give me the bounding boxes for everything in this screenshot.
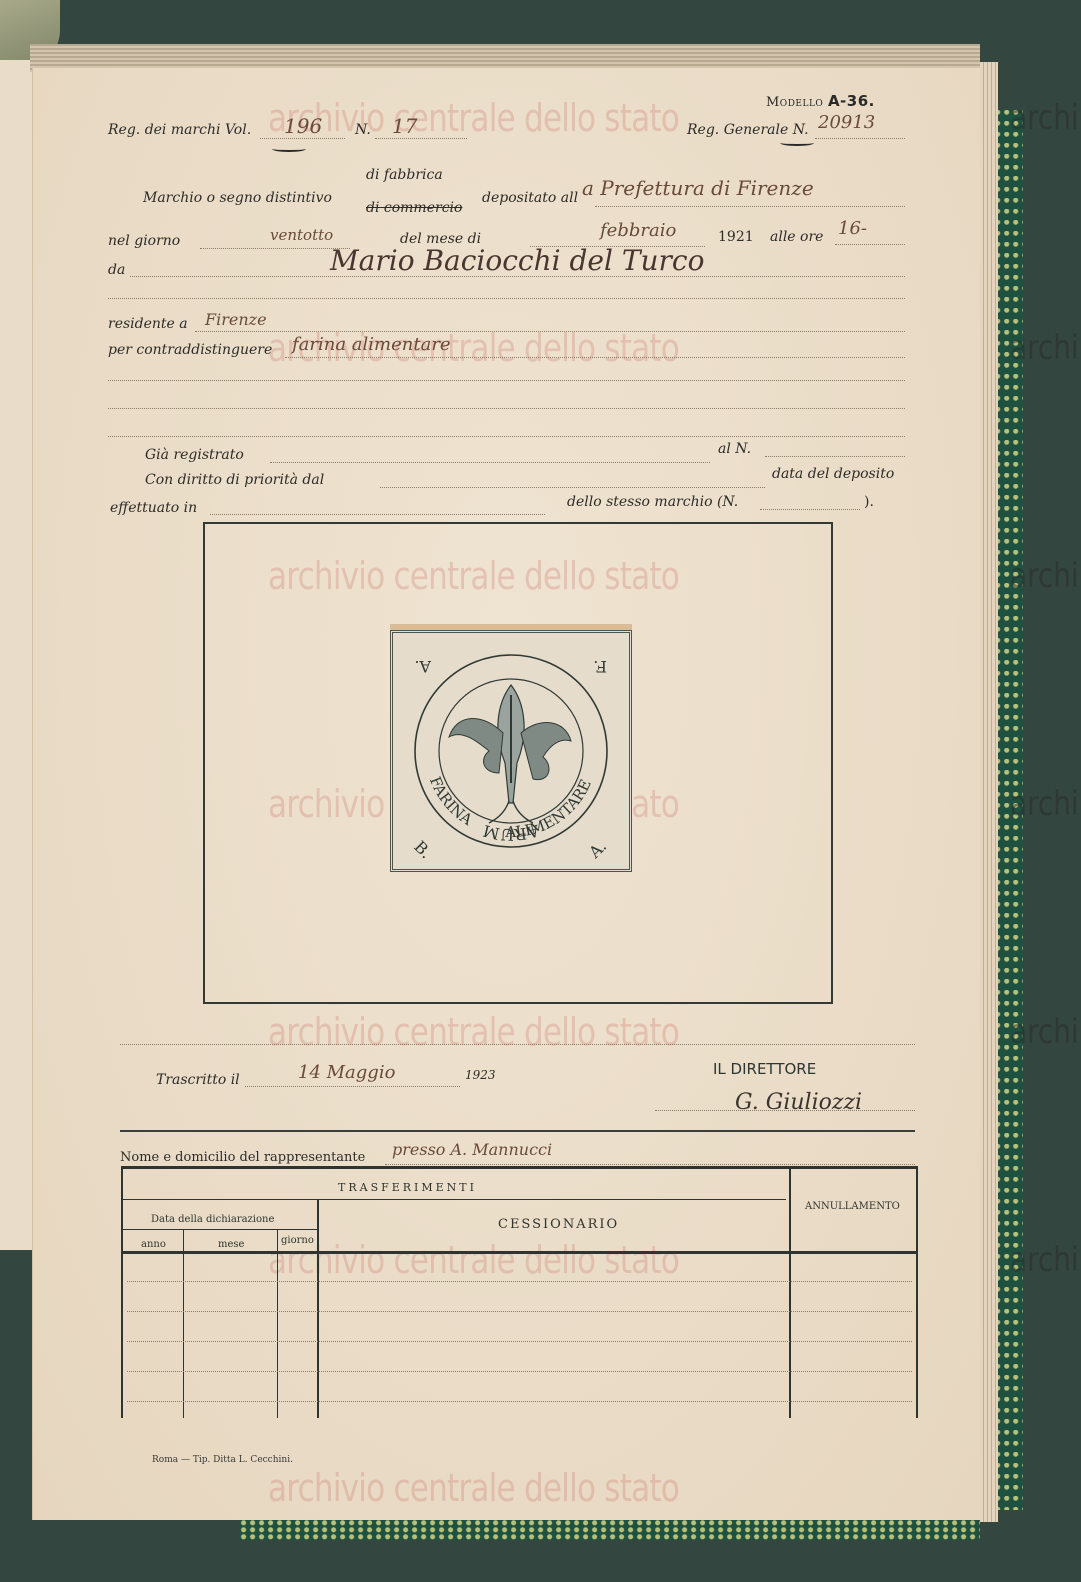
gia-registrato-label: Già registrato (145, 447, 244, 463)
representative-value: presso A. Mannucci (392, 1140, 552, 1159)
representative-line (385, 1164, 915, 1165)
table-title: TRASFERIMENTI (338, 1181, 477, 1194)
ore-line (835, 244, 905, 245)
vol-value: 196 (284, 114, 322, 138)
priorita-label: Con diritto di priorità dal (145, 472, 324, 488)
stesso-marchio-line (760, 509, 860, 510)
modello-code: A-36. (828, 92, 875, 110)
type-fabbrica: di fabbrica (366, 167, 443, 183)
stesso-marchio-label: dello stesso marchio (N. (567, 494, 738, 510)
reg-generale-line (815, 138, 905, 139)
trascritto-label: Trascritto il (156, 1072, 240, 1088)
svg-text:A.: A. (584, 837, 610, 863)
table-row (127, 1371, 912, 1372)
col-divider (789, 1169, 791, 1418)
residente-value: Firenze (205, 310, 267, 329)
table-row (127, 1311, 912, 1312)
reg-marchi-label: Reg. dei marchi Vol. (108, 122, 251, 138)
col-divider (183, 1229, 184, 1418)
rule (123, 1229, 317, 1230)
col-cessionario: CESSIONARIO (498, 1217, 619, 1232)
blank-line (108, 380, 905, 381)
watermark-side: archi (1010, 1012, 1079, 1052)
header-rule (123, 1251, 916, 1254)
rule (123, 1199, 786, 1200)
marbled-board-bottom (240, 1520, 980, 1540)
col-mese: mese (218, 1239, 244, 1250)
trascritto-line (245, 1086, 460, 1087)
transfers-table: TRASFERIMENTI Data della dichiarazione a… (121, 1166, 918, 1418)
trascritto-value: 14 Maggio (298, 1062, 395, 1083)
blank-line (108, 298, 905, 299)
trascritto-year: 1923 (465, 1068, 496, 1082)
al-n-label: al N. (718, 441, 751, 457)
residente-label: residente a (108, 316, 188, 332)
contraddistinguere-line (285, 357, 905, 358)
n-line (375, 138, 467, 139)
ore-value: 16- (838, 218, 867, 239)
depositato-line (595, 206, 905, 207)
col-annullamento: ANNULLAMENTO (805, 1201, 900, 1212)
table-row (127, 1341, 912, 1342)
blank-line (108, 408, 905, 409)
contraddistinguere-value: farina alimentare (292, 334, 451, 355)
effettuato-line (210, 514, 545, 515)
gia-registrato-line (270, 462, 710, 463)
data-deposito-label: data del deposito (772, 466, 894, 482)
svg-text:FARINA: FARINA (426, 774, 476, 829)
da-label: da (108, 262, 125, 278)
effettuato-label: effettuato in (110, 500, 197, 516)
giorno-line (200, 248, 350, 249)
swash (272, 146, 306, 152)
watermark-side: archi (1010, 784, 1079, 824)
anno-value: 1921 (718, 229, 754, 245)
trademark-label: ARUM FARINA ALIMENTARE A. F. B. A. (390, 630, 632, 872)
svg-text:A.: A. (414, 657, 432, 676)
priorita-line (380, 487, 765, 488)
contraddistinguere-label: per contraddistinguere (108, 342, 272, 358)
previous-page-edge (0, 60, 34, 1250)
table-row (127, 1281, 912, 1282)
swash (780, 140, 814, 146)
giorno-value: ventotto (270, 226, 333, 244)
mese-value: febbraio (600, 220, 676, 241)
modello-label: Modello A-36. (766, 92, 875, 110)
svg-text:ALIMENTARE: ALIMENTARE (504, 776, 595, 841)
table-row (127, 1401, 912, 1402)
depositato-label: depositato all (482, 190, 578, 206)
direttore-label: IL DIRETTORE (713, 1060, 816, 1078)
n-label: N. (355, 122, 371, 138)
watermark-side: archi (1010, 1240, 1079, 1280)
blank-line (108, 436, 905, 437)
n-value: 17 (392, 114, 417, 138)
arum-lily-icon: ARUM FARINA ALIMENTARE A. F. B. A. (393, 633, 629, 869)
type-commercio: di commercio (366, 200, 462, 216)
data-group-header: Data della dichiarazione (151, 1214, 274, 1225)
printer-imprint: Roma — Tip. Ditta L. Cecchini. (152, 1455, 293, 1465)
watermark-side: archi (1010, 328, 1079, 368)
vol-line (260, 138, 345, 139)
reg-generale-label: Reg. Generale N. (687, 122, 809, 138)
depositato-value: a Prefettura di Firenze (582, 176, 814, 200)
page-stack-right (980, 62, 998, 1522)
marchio-label: Marchio o segno distintivo (143, 190, 332, 206)
representative-label: Nome e domicilio del rappresentante (120, 1150, 365, 1165)
reg-generale-value: 20913 (818, 112, 875, 133)
col-giorno: giorno (281, 1235, 314, 1246)
modello-text: Modello (766, 95, 823, 110)
col-divider (317, 1199, 319, 1418)
blank-line (120, 1044, 915, 1045)
da-value: Mario Baciocchi del Turco (330, 244, 704, 277)
director-signature: G. Giuliozzi (735, 1090, 862, 1115)
ore-label: alle ore (770, 229, 823, 245)
residente-line (195, 331, 905, 332)
al-n-line (765, 456, 905, 457)
svg-text:F.: F. (593, 657, 607, 676)
col-divider (277, 1229, 278, 1418)
col-anno: anno (141, 1239, 166, 1250)
divider (120, 1130, 915, 1132)
stesso-marchio-close: ). (864, 494, 874, 510)
giorno-label: nel giorno (108, 233, 180, 249)
watermark-side: archi (1010, 98, 1079, 138)
watermark-side: archi (1010, 556, 1079, 596)
svg-text:B.: B. (410, 837, 435, 862)
